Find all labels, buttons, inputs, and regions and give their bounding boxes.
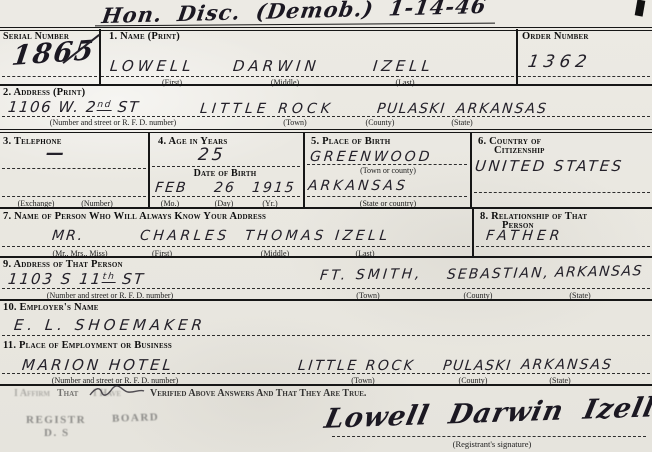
employer-name-label: 10. Employer's Name (3, 302, 99, 313)
fill-in-line (474, 192, 650, 193)
scribble-mark (88, 383, 146, 399)
fill-in-line (476, 246, 650, 247)
local-board-stamp-line1a: REGISTR (26, 414, 86, 426)
birth-year-value: 1915 (251, 180, 296, 196)
contact-address-label: 9. Address of That Person (3, 259, 123, 270)
row-divider (0, 129, 652, 133)
signature-sublabel: (Registrant's signature) (453, 439, 532, 449)
local-board-stamp-line1b: BOARD (112, 411, 160, 425)
contact-first-value: CHARLES (139, 228, 230, 244)
fill-in-line (307, 164, 467, 165)
contact-last-value: IZELL (334, 228, 391, 244)
row-divider (0, 84, 652, 86)
county-sublabel: (County) (366, 118, 395, 127)
address-state-value: ARKANSAS (455, 101, 549, 117)
contact-street-superscript: th (102, 272, 116, 283)
citizenship-label-line2: Citizenship (494, 145, 545, 156)
contact-county-value: SEBASTIAN, (446, 265, 551, 283)
fill-in-line (2, 373, 650, 374)
fill-in-line (2, 335, 650, 336)
birth-day-value: 26 (213, 180, 237, 196)
fill-in-line (101, 76, 514, 77)
fill-in-line (307, 196, 467, 197)
fill-in-line (2, 116, 650, 117)
divider-vertical (470, 133, 472, 207)
contact-street-tail: ST (115, 270, 146, 288)
contact-town-value: FT. SMITH, (319, 266, 423, 284)
contact-title-value: MR. (51, 228, 85, 244)
affirmation-faint-prefix: I Affirm (14, 388, 50, 399)
address-town-value: LITTLE ROCK (199, 101, 335, 117)
name-label: 1. Name (Print) (109, 31, 180, 42)
telephone-value: — (46, 143, 64, 164)
row-divider (0, 256, 652, 258)
fill-in-line (2, 246, 470, 247)
age-value: 25 (197, 145, 227, 165)
name-middle-value: DARWIN (232, 57, 321, 75)
registrant-signature-handwriting: Lowell Darwin Izell (322, 392, 652, 435)
address-street-main: 1106 W. 2 (7, 98, 98, 116)
order-number-label: Order Number (522, 31, 589, 42)
street-sublabel: (Number and street or R. F. D. number) (50, 118, 176, 127)
employment-street-value: MARION HOTEL (21, 356, 175, 374)
contact-street-value: 1103 S 11th ST (7, 270, 146, 288)
contact-middle-value: THOMAS (244, 228, 327, 244)
place-of-birth-label: 5. Place of Birth (311, 136, 390, 147)
address-street-superscript: nd (97, 100, 113, 111)
corner-mark (635, 0, 646, 17)
address-county-value: PULASKI (376, 101, 446, 117)
citizenship-value: UNITED STATES (474, 157, 625, 175)
serial-number-value: 1865 (10, 35, 97, 72)
fill-in-line (152, 196, 300, 197)
birth-town-sublabel: (Town or county) (360, 166, 416, 175)
signature-line (332, 436, 646, 437)
contact-name-label: 7. Name of Person Who Will Always Know Y… (3, 211, 266, 222)
employer-name-value: E. L. SHOEMAKER (13, 316, 207, 334)
employment-town-value: LITTLE ROCK (297, 358, 416, 374)
fill-in-line (2, 76, 97, 77)
birth-town-value: GREENWOOD (309, 149, 433, 165)
address-street-value: 1106 W. 2nd ST (7, 98, 140, 116)
state-sublabel: (State) (451, 118, 472, 127)
fill-in-line (2, 288, 650, 289)
divider-vertical (472, 209, 474, 256)
name-first-value: LOWELL (109, 57, 196, 75)
town-sublabel: (Town) (283, 118, 306, 127)
divider-vertical (303, 133, 305, 207)
draft-registration-card: Hon. Disc. (Demob.) 1-14-46 Serial Numbe… (0, 0, 652, 452)
row-divider (0, 207, 652, 209)
contact-street-main: 1103 S 11 (7, 270, 103, 288)
birth-month-value: FEB (154, 180, 188, 196)
employment-state-value: ARKANSAS (520, 357, 614, 373)
fill-in-line (152, 166, 300, 167)
contact-state-value: ARKANSAS (554, 263, 643, 281)
order-number-value: 1362 (526, 52, 593, 72)
name-last-value: IZELL (372, 57, 435, 75)
affirmation-word-that: That (57, 388, 78, 399)
address-label: 2. Address (Print) (3, 87, 85, 98)
date-of-birth-label: Date of Birth (194, 168, 257, 179)
row-divider (0, 299, 652, 301)
fill-in-line (518, 76, 650, 77)
address-street-tail: ST (111, 98, 141, 116)
local-board-stamp-line2: D. S (44, 427, 70, 439)
fill-in-line (2, 168, 146, 169)
relationship-value: FATHER (485, 228, 564, 244)
divider-vertical (148, 133, 150, 207)
fill-in-line (2, 196, 146, 197)
employment-place-label: 11. Place of Employment or Business (3, 340, 172, 351)
affirmation-main-text: Verified Above Answers And That They Are… (150, 388, 366, 399)
employment-county-value: PULASKI (442, 358, 512, 374)
birth-state-value: ARKANSAS (307, 178, 409, 194)
